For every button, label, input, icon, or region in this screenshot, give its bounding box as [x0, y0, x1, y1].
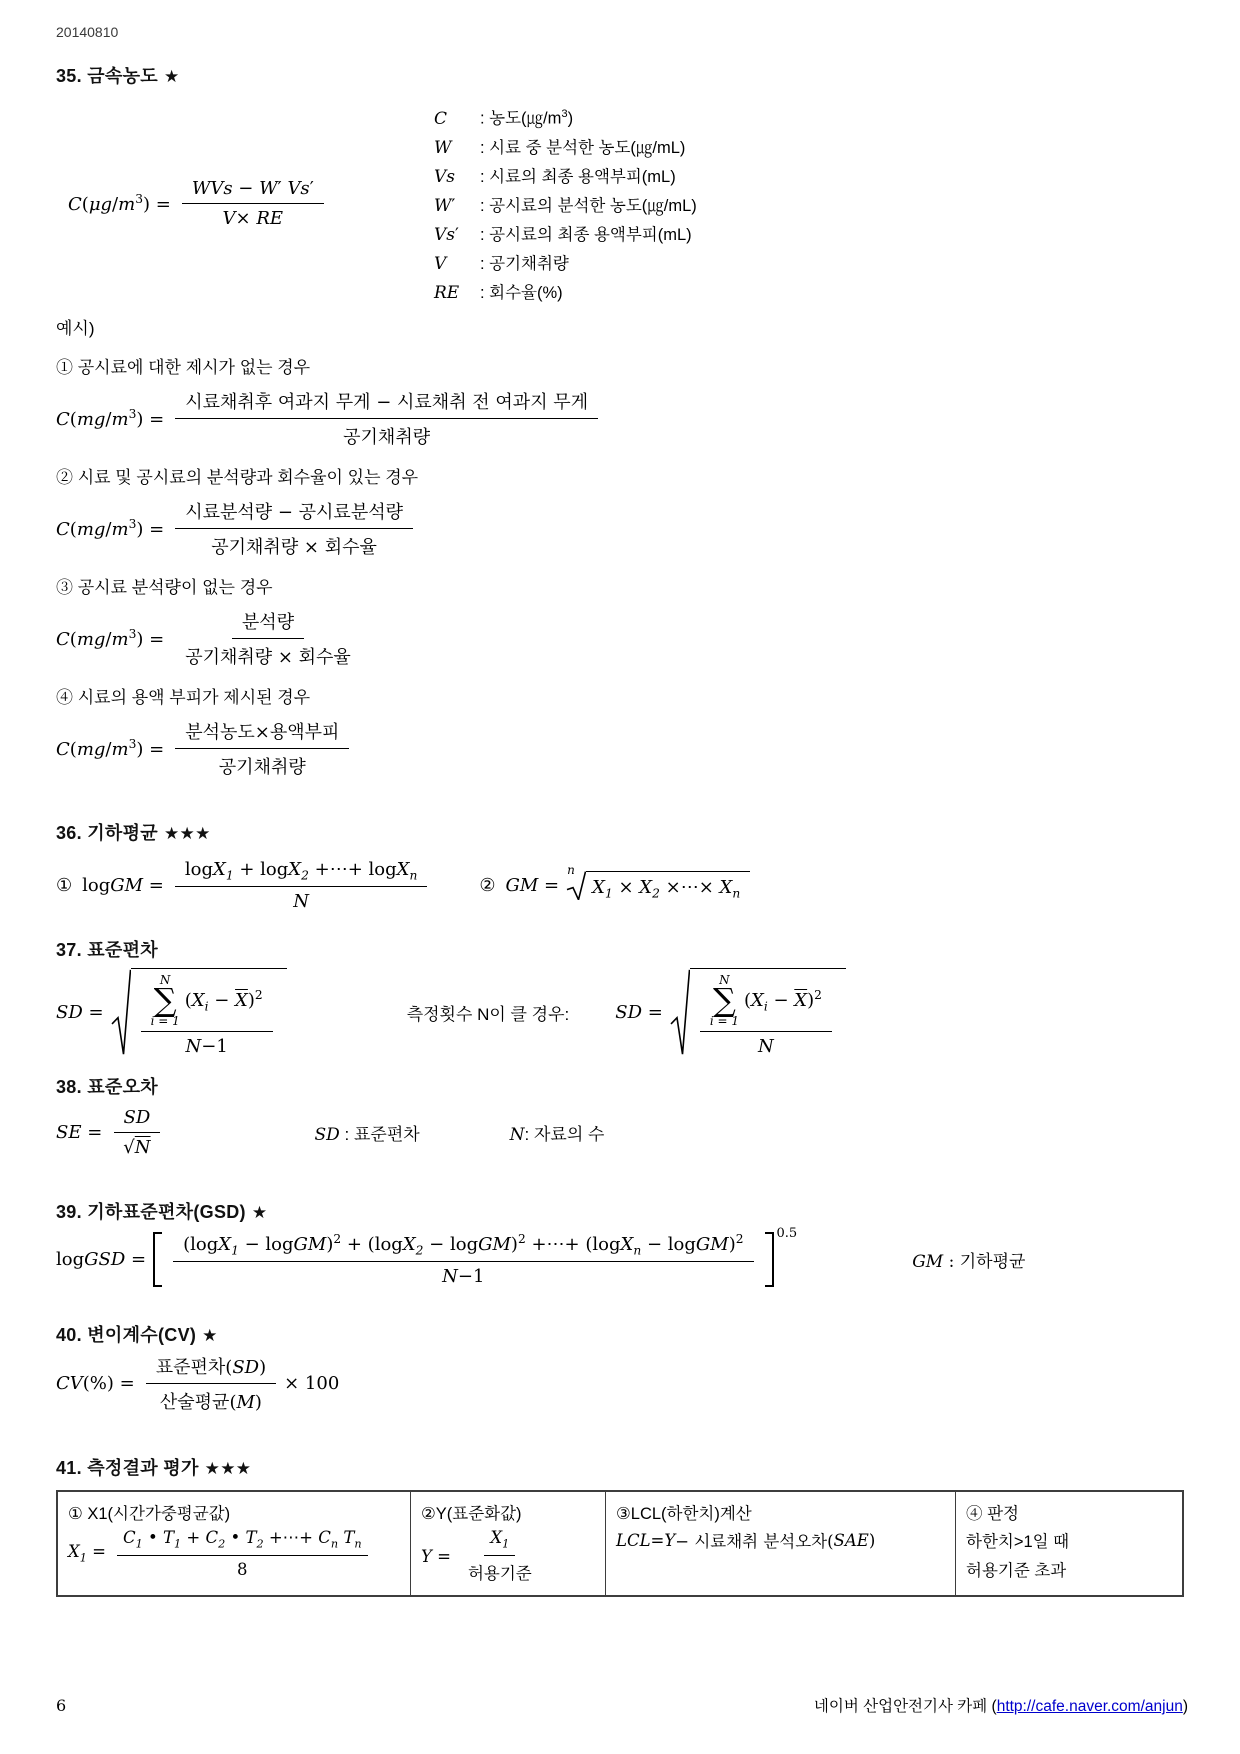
summation: N∑i = 1 — [710, 974, 739, 1027]
star-rating: ★ — [164, 67, 180, 86]
radical-icon — [670, 968, 690, 1057]
formula-lhs: Y = — [421, 1547, 451, 1566]
fraction: SD√N — [113, 1107, 160, 1158]
variable-description: : 공시료의 최종 용액부피(mL) — [480, 221, 692, 250]
case-formula: C(mg/m3) = 시료분석량 − 공시료분석량공기채취량 × 회수율 — [56, 498, 1184, 559]
table-cell-judgement: ④ 판정 하한치>1일 때 허용기준 초과 — [956, 1492, 1178, 1594]
variable-row: W: 시료 중 분석한 농도(㎍/mL) — [434, 134, 1184, 163]
fraction-numerator: N∑i = 1 (Xi − X)2 — [141, 974, 273, 1032]
fraction: 시료분석량 − 공시료분석량공기채취량 × 회수율 — [175, 498, 413, 559]
formula-lhs: C(μg/m3) = — [68, 192, 171, 215]
sum-term: (Xi − X)2 — [744, 988, 822, 1014]
table-cell-lcl: ③LCL(하한치)계산 LCL = Y− 시료채취 분석오차(SAE) — [606, 1492, 956, 1594]
standard-deviation-formula-n: SD = N∑i = 1 (Xi − X)2 N — [615, 968, 846, 1057]
header-date: 20140810 — [56, 24, 1184, 40]
fraction-denominator: 공기채취량 — [333, 419, 440, 449]
variable-symbol: V — [434, 250, 476, 279]
case-item-1: ① 공시료에 대한 제시가 없는 경우 C(mg/m3) = 시료채취후 여과지… — [56, 353, 1184, 449]
fraction-numerator: (logX1 − logGM)2 + (logX2 − logGM)2 +⋯+ … — [173, 1232, 753, 1263]
page-content: 20140810 35. 금속농도★ C(μg/m3) = WVs − W′ V… — [0, 0, 1240, 1597]
variable-description: : 회수율(%) — [480, 279, 563, 308]
document-page: { "page": { "date": "20140810", "number"… — [0, 0, 1240, 1754]
section-title-text: 36. 기하평균 — [56, 823, 158, 843]
standard-error-formula: SE = SD√N — [56, 1107, 165, 1158]
standard-deviation-block: SD = N∑i = 1 (Xi − X)2 N−1 측정횟수 N이 클 경우:… — [56, 968, 1184, 1057]
formula-lhs: CV(%) = — [56, 1373, 135, 1394]
case-label: ④ 시료의 용액 부피가 제시된 경우 — [56, 683, 1184, 708]
fraction-denominator: 8 — [231, 1556, 254, 1579]
section-title-text: 35. 금속농도 — [56, 66, 158, 86]
fraction: (logX1 − logGM)2 + (logX2 − logGM)2 +⋯+ … — [173, 1232, 753, 1288]
case-label: ③ 공시료 분석량이 없는 경우 — [56, 573, 1184, 598]
fraction-denominator: N — [748, 1032, 784, 1057]
variable-definitions: C: 농도(㎍/m3) W: 시료 중 분석한 농도(㎍/mL) Vs: 시료의… — [434, 100, 1184, 308]
variable-description: : 공기채취량 — [480, 250, 569, 279]
fraction-denominator: 산술평균(M) — [150, 1384, 272, 1414]
case-label: ① 공시료에 대한 제시가 없는 경우 — [56, 353, 1184, 378]
cell-header: ③LCL(하한치)계산 — [616, 1500, 945, 1524]
variable-symbol: W — [434, 134, 476, 163]
radicand: X1 × X2 ×⋯× Xn — [586, 871, 750, 901]
fraction: 시료채취후 여과지 무게 − 시료채취 전 여과지 무게공기채취량 — [175, 388, 598, 449]
cell-header: ②Y(표준화값) — [421, 1500, 595, 1524]
section-title-41: 41. 측정결과 평가★★★ — [56, 1454, 1184, 1480]
formula-lhs: C(mg/m3) = — [56, 737, 164, 760]
sigma-icon: ∑ — [154, 986, 177, 1015]
gsd-block: logGSD = (logX1 − logGM)2 + (logX2 − log… — [56, 1232, 1184, 1288]
fraction-denominator: √N — [113, 1133, 160, 1158]
star-rating: ★★★ — [164, 824, 211, 843]
circled-number: ① — [56, 875, 72, 896]
fraction: X1허용기준 — [462, 1528, 538, 1583]
fraction-denominator: N−1 — [432, 1262, 494, 1287]
fraction-numerator: logX1 + logX2 +⋯+ logXn — [175, 859, 427, 888]
twa-formula: X1 = C1 • T1 + C2 • T2 +⋯+ Cn Tn8 — [68, 1528, 400, 1578]
section-title-39: 39. 기하표준편차(GSD)★ — [56, 1198, 1184, 1224]
variable-row: W′: 공시료의 분석한 농도(㎍/mL) — [434, 192, 1184, 221]
formula-lhs: SD = — [615, 1002, 663, 1023]
case-item-3: ③ 공시료 분석량이 없는 경우 C(mg/m3) = 분석량공기채취량 × 회… — [56, 573, 1184, 669]
fraction-numerator: C1 • T1 + C2 • T2 +⋯+ Cn Tn — [117, 1528, 368, 1555]
fraction-numerator: SD — [114, 1107, 161, 1133]
variable-description: : 시료 중 분석한 농도(㎍/mL) — [480, 134, 685, 163]
section-title-text: 39. 기하표준편차(GSD) — [56, 1202, 246, 1222]
fraction-numerator: N∑i = 1 (Xi − X)2 — [700, 974, 832, 1032]
sigma-icon: ∑ — [713, 986, 736, 1015]
fraction-denominator: 공기채취량 — [209, 749, 316, 779]
radical-icon — [566, 871, 586, 901]
variable-description: : 농도(㎍/m3) — [480, 100, 573, 134]
variable-symbol: C — [434, 105, 476, 134]
case-formula: C(mg/m3) = 시료채취후 여과지 무게 − 시료채취 전 여과지 무게공… — [56, 388, 1184, 449]
section-title-35: 35. 금속농도★ — [56, 62, 1184, 88]
formula-lhs: C(mg/m3) = — [56, 517, 164, 540]
judgement-condition: 하한치>1일 때 — [966, 1528, 1168, 1556]
lcl-formula: LCL = Y− 시료채취 분석오차(SAE) — [616, 1528, 945, 1552]
footer-link[interactable]: http://cafe.naver.com/anjun — [997, 1698, 1183, 1715]
fraction-numerator: 분석농도×용액부피 — [175, 718, 349, 749]
bracketed-expression: (logX1 − logGM)2 + (logX2 − logGM)2 +⋯+ … — [153, 1232, 797, 1288]
evaluation-table: ① X1(시간가중평균값) X1 = C1 • T1 + C2 • T2 +⋯+… — [56, 1490, 1184, 1596]
fraction: C1 • T1 + C2 • T2 +⋯+ Cn Tn8 — [117, 1528, 368, 1578]
sd-definition-note: SD : 표준편차 — [315, 1120, 420, 1145]
star-rating: ★ — [202, 1326, 218, 1345]
left-bracket — [153, 1232, 162, 1288]
standardized-value-formula: Y = X1허용기준 — [421, 1528, 595, 1583]
exponent: 0.5 — [777, 1226, 798, 1241]
fraction-denominator: 허용기준 — [462, 1556, 538, 1584]
geometric-mean-log-formula: ① logGM = logX1 + logX2 +⋯+ logXnN — [56, 859, 431, 913]
footer-prefix: 네이버 산업안전기사 카페 ( — [814, 1698, 997, 1715]
section-title-text: 40. 변이계수(CV) — [56, 1325, 196, 1345]
metal-concentration-formula: C(μg/m3) = WVs − W′ Vs′ V× RE — [56, 100, 434, 308]
variable-row: Vs: 시료의 최종 용액부피(mL) — [434, 163, 1184, 192]
formula-suffix: × 100 — [284, 1373, 339, 1394]
fraction-numerator: 분석량 — [232, 608, 304, 639]
fraction-numerator: X1 — [484, 1528, 515, 1555]
case-item-4: ④ 시료의 용액 부피가 제시된 경우 C(mg/m3) = 분석농도×용액부피… — [56, 683, 1184, 779]
fraction: N∑i = 1 (Xi − X)2 N — [700, 974, 832, 1057]
section-title-36: 36. 기하평균★★★ — [56, 819, 1184, 845]
geometric-mean-root-formula: ② GM = n X1 × X2 ×⋯× Xn — [479, 871, 750, 901]
section-title-text: 41. 측정결과 평가 — [56, 1458, 199, 1478]
gsd-formula: logGSD = (logX1 − logGM)2 + (logX2 − log… — [56, 1232, 797, 1288]
variable-description: : 시료의 최종 용액부피(mL) — [480, 163, 676, 192]
formula-lhs: C(mg/m3) = — [56, 407, 164, 430]
sum-lower-limit: i = 1 — [151, 1015, 180, 1027]
fraction-denominator: 공기채취량 × 회수율 — [201, 529, 387, 559]
fraction-denominator: N — [283, 887, 319, 912]
page-number: 6 — [56, 1696, 66, 1715]
fraction-numerator: 시료분석량 − 공시료분석량 — [175, 498, 413, 529]
fraction-denominator: 공기채취량 × 회수율 — [175, 639, 361, 669]
circled-number: ② — [479, 875, 495, 896]
fraction: 표준편차(SD)산술평균(M) — [146, 1353, 276, 1414]
fraction: WVs − W′ Vs′ V× RE — [182, 178, 324, 229]
fraction: 분석량공기채취량 × 회수율 — [175, 608, 361, 669]
cell-header: ① X1(시간가중평균값) — [68, 1500, 400, 1524]
table-cell-standardized: ②Y(표준화값) Y = X1허용기준 — [411, 1492, 606, 1594]
n-large-note: 측정횟수 N이 클 경우: — [407, 1000, 570, 1025]
formula-lhs: GM = — [506, 875, 560, 896]
square-root: N∑i = 1 (Xi − X)2 N — [670, 968, 846, 1057]
formula-lhs: SD = — [56, 1002, 104, 1023]
formula-lhs: SE = — [56, 1122, 102, 1143]
cv-formula: CV(%) = 표준편차(SD)산술평균(M) × 100 — [56, 1353, 1184, 1414]
case-label: ② 시료 및 공시료의 분석량과 회수율이 있는 경우 — [56, 463, 1184, 488]
variable-symbol: W′ — [434, 192, 476, 221]
variable-row: C: 농도(㎍/m3) — [434, 100, 1184, 134]
variable-row: RE: 회수율(%) — [434, 279, 1184, 308]
n-definition-note: N: 자료의 수 — [510, 1120, 605, 1145]
case-item-2: ② 시료 및 공시료의 분석량과 회수율이 있는 경우 C(mg/m3) = 시… — [56, 463, 1184, 559]
case-formula: C(mg/m3) = 분석량공기채취량 × 회수율 — [56, 608, 1184, 669]
case-formula: C(mg/m3) = 분석농도×용액부피공기채취량 — [56, 718, 1184, 779]
radicand: N∑i = 1 (Xi − X)2 N — [690, 968, 846, 1057]
formula-lhs: logGM = — [82, 875, 164, 896]
star-rating: ★ — [252, 1203, 268, 1222]
page-footer: 6 네이버 산업안전기사 카페 (http://cafe.naver.com/a… — [56, 1694, 1188, 1716]
section-title-38: 38. 표준오차 — [56, 1073, 1184, 1099]
fraction-numerator: 시료채취후 여과지 무게 − 시료채취 전 여과지 무게 — [175, 388, 598, 419]
formula-lhs: logGSD = — [56, 1249, 146, 1270]
formula-lhs: X1 = — [68, 1542, 106, 1564]
fraction-numerator: 표준편차(SD) — [146, 1353, 276, 1384]
table-cell-twa: ① X1(시간가중평균값) X1 = C1 • T1 + C2 • T2 +⋯+… — [58, 1492, 411, 1594]
section-title-40: 40. 변이계수(CV)★ — [56, 1321, 1184, 1347]
cell-header: ④ 판정 — [966, 1500, 1168, 1524]
variable-row: V: 공기채취량 — [434, 250, 1184, 279]
footer-suffix: ) — [1183, 1698, 1188, 1715]
metal-concentration-block: C(μg/m3) = WVs − W′ Vs′ V× RE C: 농도(㎍/m3… — [56, 100, 1184, 308]
sum-term: (Xi − X)2 — [185, 988, 263, 1014]
sum-lower-limit: i = 1 — [710, 1015, 739, 1027]
gm-definition-note: GM : 기하평균 — [912, 1247, 1025, 1272]
fraction-numerator: WVs − W′ Vs′ — [182, 178, 324, 204]
example-label: 예시) — [56, 314, 1184, 339]
radical-icon — [111, 968, 131, 1057]
fraction: N∑i = 1 (Xi − X)2 N−1 — [141, 974, 273, 1057]
nth-root: n X1 × X2 ×⋯× Xn — [566, 871, 750, 901]
standard-error-block: SE = SD√N SD : 표준편차 N: 자료의 수 — [56, 1107, 1184, 1158]
fraction-denominator: V× RE — [213, 204, 294, 229]
right-bracket — [765, 1232, 774, 1288]
formula-lhs: C(mg/m3) = — [56, 627, 164, 650]
variable-row: Vs′: 공시료의 최종 용액부피(mL) — [434, 221, 1184, 250]
summation: N∑i = 1 — [151, 974, 180, 1027]
footer-site-label: 네이버 산업안전기사 카페 (http://cafe.naver.com/anj… — [814, 1694, 1188, 1716]
fraction: 분석농도×용액부피공기채취량 — [175, 718, 349, 779]
star-rating: ★★★ — [205, 1459, 252, 1478]
square-root: N∑i = 1 (Xi − X)2 N−1 — [111, 968, 287, 1057]
geometric-mean-block: ① logGM = logX1 + logX2 +⋯+ logXnN ② GM … — [56, 859, 1184, 913]
variable-description: : 공시료의 분석한 농도(㎍/mL) — [480, 192, 697, 221]
variable-symbol: RE — [434, 279, 476, 308]
standard-deviation-formula-n1: SD = N∑i = 1 (Xi − X)2 N−1 — [56, 968, 287, 1057]
variable-symbol: Vs′ — [434, 221, 476, 250]
variable-symbol: Vs — [434, 163, 476, 192]
judgement-result: 허용기준 초과 — [966, 1557, 1168, 1585]
section-title-37: 37. 표준편차 — [56, 936, 1184, 962]
radicand: N∑i = 1 (Xi − X)2 N−1 — [131, 968, 287, 1057]
fraction-denominator: N−1 — [175, 1032, 237, 1057]
fraction: logX1 + logX2 +⋯+ logXnN — [175, 859, 427, 913]
